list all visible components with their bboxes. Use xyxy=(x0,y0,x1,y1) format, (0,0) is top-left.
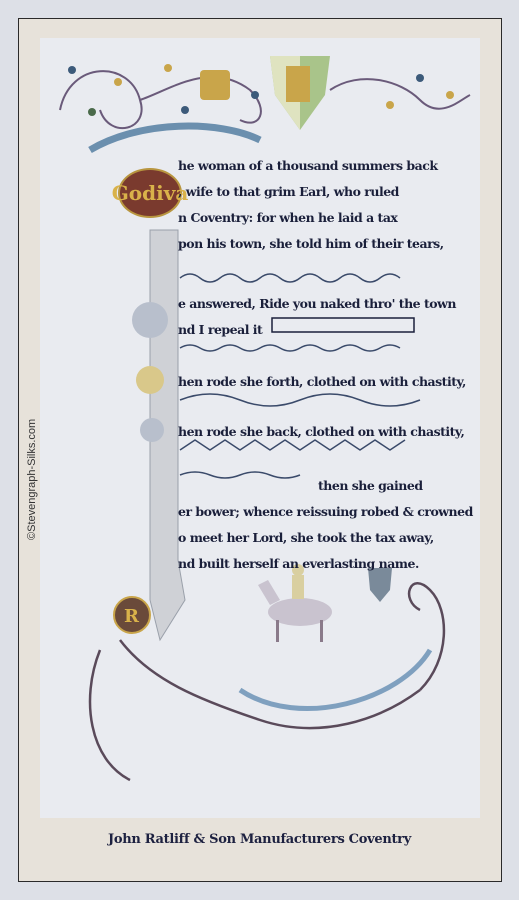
svg-text:R: R xyxy=(124,606,140,627)
poem-line: nd built herself an everlasting name. xyxy=(178,556,419,571)
poem-line: e answered, Ride you naked thro' the tow… xyxy=(178,296,456,311)
poem-line: hen rode she forth, clothed on with chas… xyxy=(178,374,466,389)
initial-roundel-godiva: Godiva xyxy=(118,168,182,218)
poem-line: he woman of a thousand summers back xyxy=(178,158,438,173)
top-vine-border xyxy=(60,71,470,128)
poem-line: then she gained xyxy=(318,478,423,493)
manufacturer-credit: John Ratliff & Son Manufacturers Coventr… xyxy=(0,832,519,847)
godiva-horse-icon xyxy=(258,564,332,642)
poem-line: nd I repeal it xyxy=(178,322,262,337)
poem-line: hen rode she back, clothed on with chast… xyxy=(178,424,464,439)
poem-line: pon his town, she told him of their tear… xyxy=(178,236,444,251)
illumination-decoration: R xyxy=(0,0,519,900)
poem-line: n Coventry: for when he laid a tax xyxy=(178,210,397,225)
small-shield-icon xyxy=(368,568,392,602)
leopard-icon xyxy=(200,70,230,100)
ribbon-swirl xyxy=(90,126,260,150)
poem-line: er bower; whence reissuing robed & crown… xyxy=(178,504,473,519)
poem-line: , wife to that grim Earl, who ruled xyxy=(178,184,399,199)
lower-ribbon xyxy=(240,650,430,709)
copyright-watermark: ©Stevengraph-Silks.com xyxy=(26,419,38,540)
poem-line: o meet her Lord, she took the tax away, xyxy=(178,530,434,545)
